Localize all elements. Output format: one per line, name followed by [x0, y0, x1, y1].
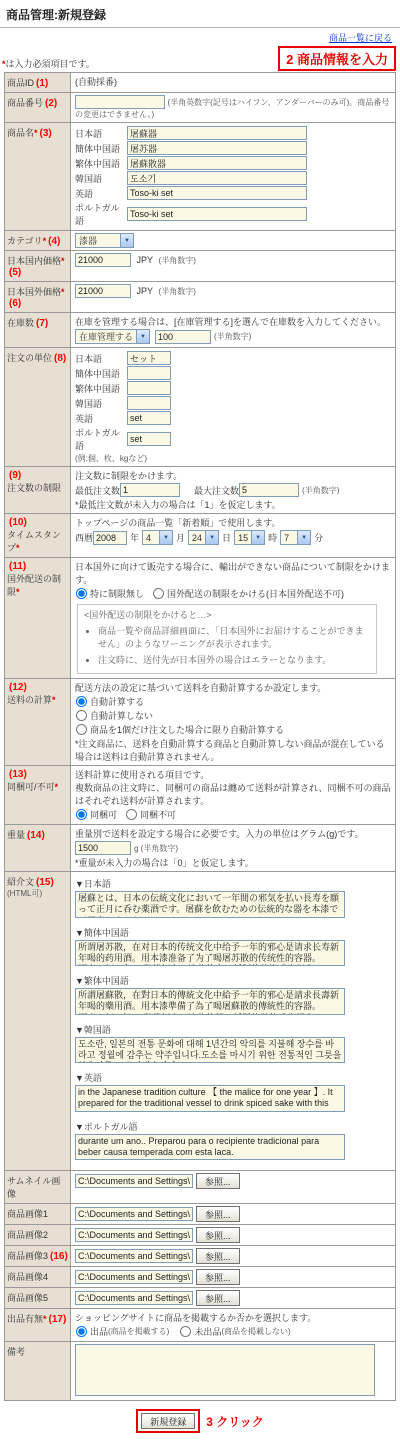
name-lang-label-zh-tw: 繁体中国語 [75, 157, 127, 170]
submit-annotation-box: 新規登録 [136, 1409, 200, 1433]
min-order-label: 最低注文数 [75, 484, 120, 497]
unit-input-ja[interactable] [127, 351, 171, 365]
unit-lang-label-ja: 日本語 [75, 352, 127, 365]
annotation-15: (15) [36, 877, 54, 888]
chevron-down-icon: ▼ [120, 234, 133, 247]
row-thumbnail-image: サムネイル画像 参照... [5, 1171, 396, 1204]
single-item-calc-label: 商品を1個だけ注文した場合に限り自動計算する [90, 723, 284, 736]
hour-select[interactable]: 15▼ [234, 530, 265, 545]
name-input-zh-cn[interactable] [127, 141, 307, 155]
desc-lang-header-ja: ▼日本語 [75, 877, 391, 890]
overseas-shipping-desc: 日本国外に向けて販売する場合に、輸出ができない商品について制限をかけます。 [75, 560, 391, 586]
row-category: カテゴリ*(4) 漆器▼ [5, 231, 396, 251]
price-domestic-input[interactable] [75, 253, 131, 267]
minute-select[interactable]: 7▼ [280, 530, 311, 545]
bundle-ng-radio[interactable] [126, 809, 137, 820]
unlisted-label: 未出品 [194, 1325, 221, 1338]
row-label-bundling: (13)同梱可/不可* [5, 766, 71, 825]
back-to-product-list-link[interactable]: 商品一覧に戻る [329, 33, 392, 43]
desc-textarea-zh-tw[interactable]: 所謂屠蘇散，在對日本的傳統文化中給予一年的邪心是請求長壽新年喝的藥用酒。用本漆準… [75, 988, 345, 1015]
row-label-timestamp: (10)タイムスタンプ* [5, 514, 71, 558]
unit-input-ko[interactable] [127, 396, 171, 410]
row-label-order-unit: 注文の単位(8) [5, 348, 71, 467]
restrict-overseas-label: 国外配送の制限をかける(日本国外配送不可) [167, 587, 344, 600]
name-lang-label-zh-cn: 簡体中国語 [75, 142, 127, 155]
desc-textarea-pt[interactable]: durante um ano.. Preparou para o recipie… [75, 1134, 345, 1161]
name-input-ko[interactable] [127, 171, 307, 185]
era-label: 西暦 [75, 531, 93, 544]
info-bullet-1: 商品一覧や商品詳細画面に、「日本国外にお届けすることができません」のようなワーニ… [98, 624, 370, 650]
desc-textarea-zh-cn[interactable]: 所谓屠苏散，在对日本的传统文化中给予一年的邪心是请求长寿新年喝的药用酒。用本漆准… [75, 940, 345, 967]
desc-lang-header-pt: ▼ポルトガル語 [75, 1120, 391, 1133]
order-limit-desc: 注文数に制限をかけます。 [75, 469, 391, 482]
row-stock: 在庫数(7) 在庫を管理する場合は、[在庫管理する]を選んで在庫数を入力してくだ… [5, 313, 396, 348]
price-domestic-unit: JPY [137, 255, 154, 265]
thumbnail-file-input[interactable] [75, 1174, 193, 1188]
annotation-3: (3) [40, 128, 52, 139]
unit-input-en[interactable] [127, 411, 171, 425]
stock-manage-select[interactable]: 在庫管理する▼ [75, 329, 150, 344]
month-select[interactable]: 4▼ [142, 530, 173, 545]
row-product-id: 商品ID(1) (自動採番) [5, 73, 396, 93]
timestamp-desc: トップページの商品一覧「新着順」で使用します。 [75, 516, 391, 529]
row-overseas-shipping: (11)国外配送の制限* 日本国外に向けて販売する場合に、輸出ができない商品につ… [5, 558, 396, 679]
step2-annotation: 2 商品情報を入力 [278, 46, 396, 71]
row-label-price-overseas: 日本国外価格*(6) [5, 282, 71, 313]
no-auto-calc-radio[interactable] [76, 710, 87, 721]
annotation-14: (14) [27, 830, 45, 841]
row-shipping-calc: (12)送料の計算* 配送方法の設定に基づいて送料を自動計算するか設定します。 … [5, 679, 396, 766]
annotation-17: (17) [49, 1314, 67, 1325]
row-label-category: カテゴリ*(4) [5, 231, 71, 251]
bundle-ng-label: 同梱不可 [140, 808, 176, 821]
auto-calc-label: 自動計算する [90, 695, 144, 708]
row-product-number: 商品番号(2) (半角英数字(記号はハイフン、アンダーバーのみ可)。商品番号の変… [5, 93, 396, 123]
product-id-value: (自動採番) [75, 77, 117, 87]
unit-lang-label-zh-tw: 繁体中国語 [75, 382, 127, 395]
chevron-down-icon: ▼ [136, 330, 149, 343]
row-listing: 出品有無*(17) ショッピングサイトに商品を掲載するか否かを選択します。 出品… [5, 1309, 396, 1342]
image-5-file-input[interactable] [75, 1291, 193, 1305]
overseas-restriction-info-box: <国外配送の制限をかけると…> 商品一覧や商品詳細画面に、「日本国外にお届けする… [77, 604, 377, 674]
weight-note: *重量が未入力の場合は「0」と仮定します。 [75, 856, 391, 869]
row-label-overseas-shipping: (11)国外配送の制限* [5, 558, 71, 679]
desc-lang-header-ko: ▼韓国語 [75, 1023, 391, 1036]
auto-calc-radio[interactable] [76, 696, 87, 707]
row-label-order-limit: (9)注文数の制限 [5, 467, 71, 514]
image-4-browse-button[interactable]: 参照... [196, 1269, 240, 1285]
unit-lang-label-pt: ポルトガル語 [75, 426, 127, 452]
row-label-product-number: 商品番号(2) [5, 93, 71, 123]
row-weight: 重量(14) 重量別で送料を設定する場合に必要です。入力の単位はグラム(g)です… [5, 825, 396, 872]
chevron-down-icon: ▼ [205, 531, 218, 544]
unit-input-zh-tw[interactable] [127, 381, 171, 395]
name-lang-label-ja: 日本語 [75, 127, 127, 140]
unit-input-pt[interactable] [127, 432, 171, 446]
row-product-name: 商品名*(3) 日本語 簡体中国語 繁体中国語 韓国語 英語 ポルトガル語 [5, 123, 396, 231]
bundle-ok-label: 同梱可 [90, 808, 117, 821]
annotation-8: (8) [54, 353, 66, 364]
page-title: 商品管理:新規登録 [6, 6, 400, 23]
price-overseas-unit: JPY [137, 286, 154, 296]
bundling-desc-1: 送料計算に使用される項目です。 [75, 768, 391, 781]
row-order-unit: 注文の単位(8) 日本語 簡体中国語 繁体中国語 韓国語 英語 ポルトガル語 (… [5, 348, 396, 467]
product-form-table: 商品ID(1) (自動採番) 商品番号(2) (半角英数字(記号はハイフン、アン… [4, 72, 396, 1401]
annotation-4: (4) [48, 236, 60, 247]
row-label-product-name: 商品名*(3) [5, 123, 71, 231]
annotation-16: (16) [50, 1251, 68, 1262]
desc-lang-header-zh-cn: ▼簡体中国語 [75, 926, 391, 939]
row-product-image-2: 商品画像2 参照... [5, 1225, 396, 1246]
chevron-down-icon: ▼ [251, 531, 264, 544]
max-order-input[interactable] [239, 483, 299, 497]
single-item-calc-radio[interactable] [76, 724, 87, 735]
chevron-down-icon: ▼ [297, 531, 310, 544]
unit-input-zh-cn[interactable] [127, 366, 171, 380]
row-label-image-4: 商品画像4 [5, 1267, 71, 1288]
weight-unit: g (半角数字) [134, 843, 178, 854]
annotation-12: (12) [9, 682, 27, 693]
image-3-file-input[interactable] [75, 1249, 193, 1263]
row-label-product-id: 商品ID(1) [5, 73, 71, 93]
stock-desc: 在庫を管理する場合は、[在庫管理する]を選んで在庫数を入力してください。 [75, 315, 391, 328]
row-remarks: 備考 [5, 1342, 396, 1401]
listed-radio[interactable] [76, 1326, 87, 1337]
row-label-image-5: 商品画像5 [5, 1288, 71, 1309]
row-label-remarks: 備考 [5, 1342, 71, 1401]
row-timestamp: (10)タイムスタンプ* トップページの商品一覧「新着順」で使用します。 西暦年… [5, 514, 396, 558]
name-lang-label-en: 英語 [75, 187, 127, 200]
unit-lang-label-en: 英語 [75, 412, 127, 425]
row-label-image-3: 商品画像3(16) [5, 1246, 71, 1267]
annotation-13: (13) [9, 769, 27, 780]
max-order-label: 最大注文数 [194, 484, 239, 497]
image-2-browse-button[interactable]: 参照... [196, 1227, 240, 1243]
row-label-thumbnail: サムネイル画像 [5, 1171, 71, 1204]
weight-input[interactable] [75, 841, 131, 855]
unlisted-radio[interactable] [180, 1326, 191, 1337]
restrict-overseas-radio[interactable] [153, 588, 164, 599]
row-label-stock: 在庫数(7) [5, 313, 71, 348]
min-order-input[interactable] [120, 483, 180, 497]
name-lang-label-pt: ポルトガル語 [75, 201, 127, 227]
row-label-price-domestic: 日本国内価格*(5) [5, 251, 71, 282]
annotation-9: (9) [9, 470, 21, 481]
no-auto-calc-label: 自動計算しない [90, 709, 153, 722]
bundling-desc-2: 複数商品の注文時に、同梱可の商品は纏めて送料が計算され、同梱不可の商品はそれぞれ… [75, 781, 391, 807]
order-limit-note: *最低注文数が未入力の場合は「1」を仮定します。 [75, 498, 391, 511]
year-input[interactable] [93, 531, 127, 545]
title-divider [0, 27, 400, 28]
desc-lang-header-zh-tw: ▼繁体中国語 [75, 974, 391, 987]
image-5-browse-button[interactable]: 参照... [196, 1290, 240, 1306]
category-select[interactable]: 漆器▼ [75, 233, 134, 248]
annotation-7: (7) [36, 318, 48, 329]
row-label-image-2: 商品画像2 [5, 1225, 71, 1246]
desc-textarea-ja[interactable]: 屠蘇とは、日本の伝統文化において一年間の邪気を払い長寿を願って正月に呑む薬酒です… [75, 891, 345, 918]
row-price-domestic: 日本国内価格*(5) JPY (半角数字) [5, 251, 396, 282]
row-product-image-4: 商品画像4 参照... [5, 1267, 396, 1288]
annotation-6: (6) [9, 298, 21, 309]
product-number-input[interactable] [75, 95, 165, 109]
weight-desc: 重量別で送料を設定する場合に必要です。入力の単位はグラム(g)です。 [75, 827, 391, 840]
annotation-1: (1) [36, 78, 48, 89]
shipping-calc-note: *注文商品に、送料を自動計算する商品と自動計算しない商品が混在している場合は送料… [75, 737, 391, 763]
no-restriction-label: 特に制限無し [90, 587, 144, 600]
row-product-image-1: 商品画像1 参照... [5, 1204, 396, 1225]
image-1-browse-button[interactable]: 参照... [196, 1206, 240, 1222]
row-label-listing: 出品有無*(17) [5, 1309, 71, 1342]
remarks-textarea[interactable] [75, 1344, 375, 1396]
row-order-limit: (9)注文数の制限 注文数に制限をかけます。 最低注文数 最大注文数 (半角数字… [5, 467, 396, 514]
listing-desc: ショッピングサイトに商品を掲載するか否かを選択します。 [75, 1311, 391, 1324]
row-product-image-5: 商品画像5 参照... [5, 1288, 396, 1309]
row-bundling: (13)同梱可/不可* 送料計算に使用される項目です。 複数商品の注文時に、同梱… [5, 766, 396, 825]
unit-lang-label-zh-cn: 簡体中国語 [75, 367, 127, 380]
unit-lang-label-ko: 韓国語 [75, 397, 127, 410]
order-unit-example-note: (例:個、枚、kgなど) [75, 453, 391, 464]
thumbnail-browse-button[interactable]: 参照... [196, 1173, 240, 1189]
no-restriction-radio[interactable] [76, 588, 87, 599]
product-registration-page: 商品管理:新規登録 商品一覧に戻る *は入力必須項目です。 2 商品情報を入力 … [0, 0, 400, 1433]
desc-textarea-ko[interactable]: 도소란, 일본의 전통 문화에 대해 1년간의 악의를 지불해 장수를 바라고 … [75, 1037, 345, 1064]
chevron-down-icon: ▼ [159, 531, 172, 544]
row-product-image-3: 商品画像3(16) 参照... [5, 1246, 396, 1267]
stock-count-input[interactable] [155, 330, 211, 344]
required-note: *は入力必須項目です。 [2, 57, 95, 71]
info-box-title: <国外配送の制限をかけると…> [84, 608, 370, 621]
bundle-ok-radio[interactable] [76, 809, 87, 820]
row-price-overseas: 日本国外価格*(6) JPY (半角数字) [5, 282, 396, 313]
day-select[interactable]: 24▼ [188, 530, 219, 545]
desc-textarea-en[interactable]: in the Japanese tradition culture 【 the … [75, 1085, 345, 1112]
row-label-shipping-calc: (12)送料の計算* [5, 679, 71, 766]
name-input-zh-tw[interactable] [127, 156, 307, 170]
annotation-5: (5) [9, 267, 21, 278]
desc-lang-header-en: ▼英語 [75, 1071, 391, 1084]
row-label-image-1: 商品画像1 [5, 1204, 71, 1225]
annotation-2: (2) [45, 98, 57, 109]
image-3-browse-button[interactable]: 参照... [196, 1248, 240, 1264]
name-input-en[interactable] [127, 186, 307, 200]
step3-annotation: 3 クリック [206, 1413, 264, 1430]
price-overseas-input[interactable] [75, 284, 131, 298]
row-description: 紹介文(15)(HTML可) ▼日本語屠蘇とは、日本の伝統文化において一年間の邪… [5, 872, 396, 1171]
annotation-11: (11) [9, 561, 26, 572]
shipping-calc-desc: 配送方法の設定に基づいて送料を自動計算するか設定します。 [75, 681, 391, 694]
register-button[interactable]: 新規登録 [141, 1413, 195, 1429]
row-label-description: 紹介文(15)(HTML可) [5, 872, 71, 1171]
row-label-weight: 重量(14) [5, 825, 71, 872]
name-lang-label-ko: 韓国語 [75, 172, 127, 185]
listed-label: 出品 [90, 1325, 108, 1338]
image-2-file-input[interactable] [75, 1228, 193, 1242]
image-1-file-input[interactable] [75, 1207, 193, 1221]
annotation-10: (10) [9, 517, 27, 528]
name-input-ja[interactable] [127, 126, 307, 140]
info-bullet-2: 注文時に、送付先が日本国外の場合はエラーとなります。 [98, 653, 370, 666]
name-input-pt[interactable] [127, 207, 307, 221]
image-4-file-input[interactable] [75, 1270, 193, 1284]
